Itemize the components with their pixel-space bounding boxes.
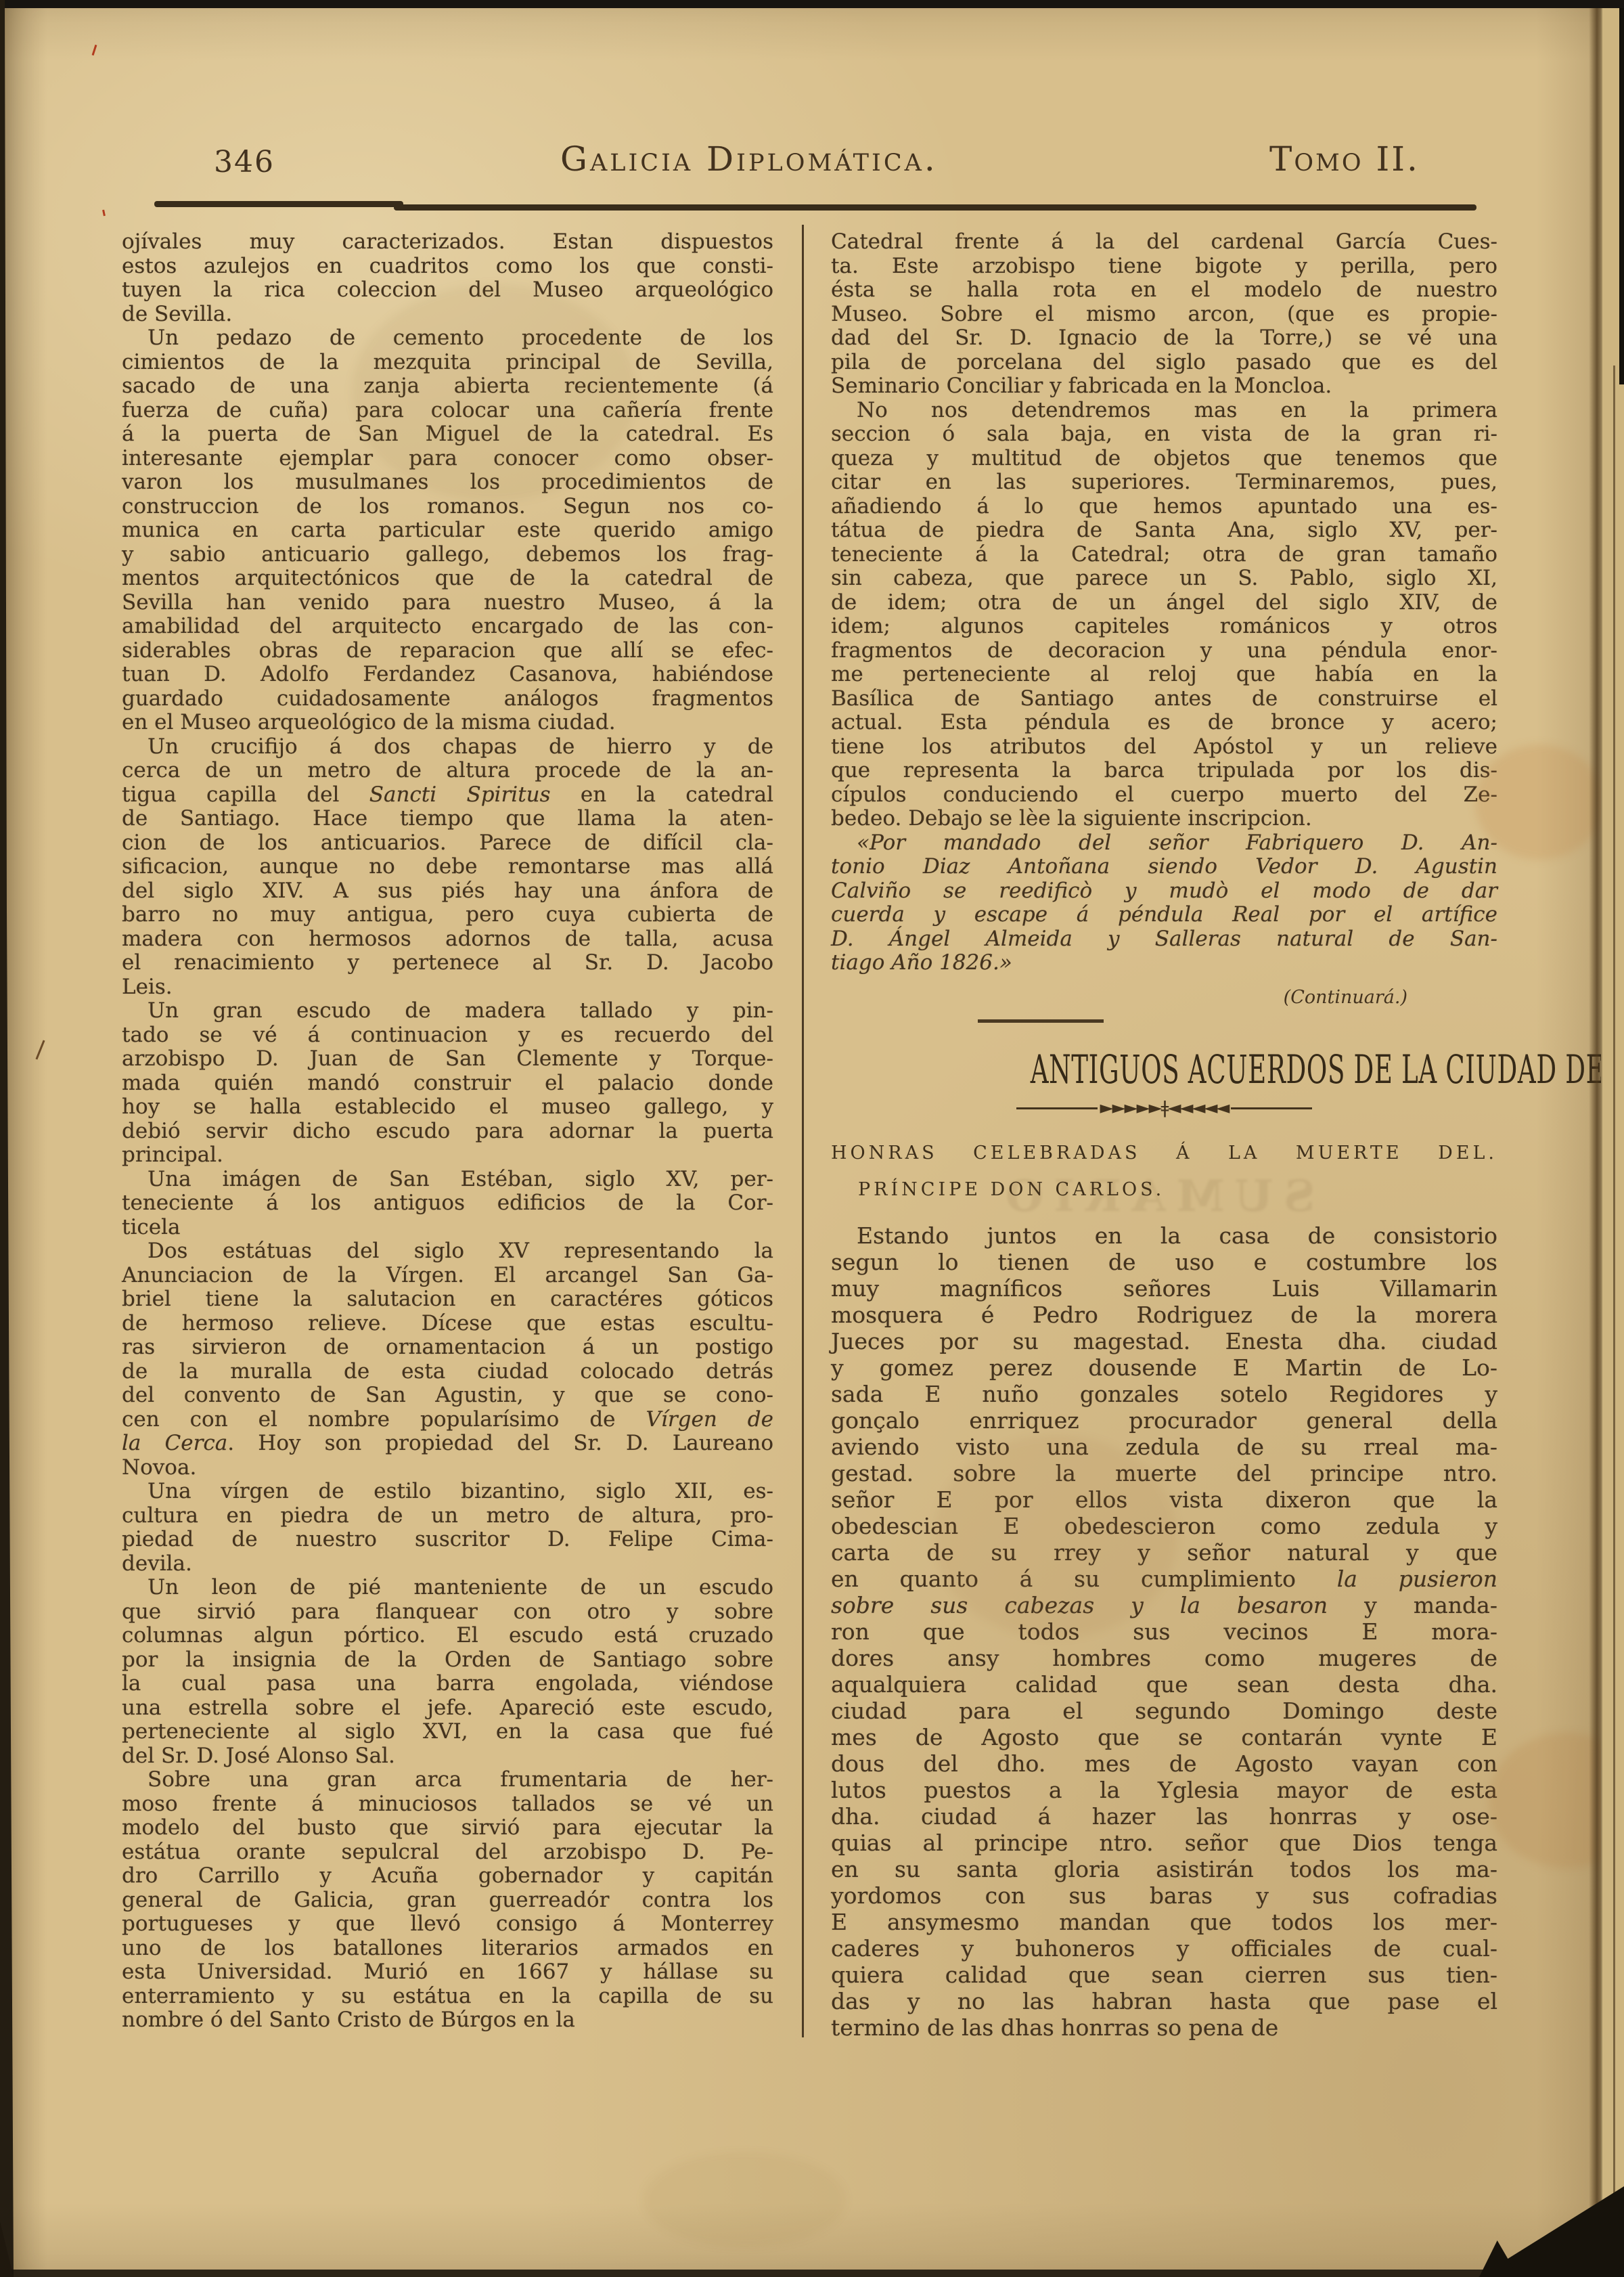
text-line: de la muralla de esta ciudad colocado de…: [122, 1360, 773, 1384]
text-line: aqualquiera calidad que sean desta dha.: [831, 1671, 1497, 1698]
text-line: Estando juntos en la casa de consistorio: [831, 1222, 1497, 1249]
text-line: del Sr. D. José Alonso Sal.: [122, 1744, 773, 1769]
text-line: caderes y buhoneros y officiales de cual…: [831, 1935, 1497, 1962]
text-line: actual. Esta péndula es de bronce y acer…: [831, 711, 1497, 735]
text-line: seccion ó sala baja, en vista de la gran…: [831, 422, 1497, 447]
text-line: lutos puestos a la Yglesia mayor de esta: [831, 1777, 1497, 1803]
text-line: y gomez perez dousende E Martin de Lo-: [831, 1354, 1497, 1381]
text-line: Seminario Conciliar y fabricada en la Mo…: [831, 374, 1497, 399]
text-line: queza y multitud de objetos que tenemos …: [831, 447, 1497, 471]
text-line: la cual pasa una barra engolada, viéndos…: [122, 1672, 773, 1696]
volume-label: Tomo II.: [1269, 139, 1420, 179]
text-line: yordomos con sus baras y sus cofradias: [831, 1882, 1497, 1909]
text-line: en el Museo arqueológico de la misma ciu…: [122, 711, 773, 735]
text-line: ta. Este arzobispo tiene bigote y perill…: [831, 255, 1497, 279]
text-line: dous del dho. mes de Agosto vayan con: [831, 1750, 1497, 1777]
ornament-right-rule: [1231, 1107, 1312, 1109]
text-line: Un gran escudo de madera tallado y pin-: [122, 999, 773, 1023]
text-line: mosquera é Pedro Rodriguez de la morera: [831, 1302, 1497, 1328]
page-number: 346: [214, 145, 275, 179]
text-line: siderables obras de reparacion que allí …: [122, 639, 773, 663]
text-line: Novoa.: [122, 1456, 773, 1480]
column-divider-rule: [802, 225, 804, 2037]
text-line: bedeo. Debajo se lèe la siguiente inscri…: [831, 807, 1497, 831]
text-line: tigua capilla del Sancti Spiritus en la …: [122, 783, 773, 808]
text-line: dro Carrillo y Acuña gobernador y capitá…: [122, 1864, 773, 1888]
text-line: ciudad para el segundo Domingo deste: [831, 1698, 1497, 1724]
section-separator-rule: [978, 1019, 1104, 1023]
page-crease: [1589, 0, 1602, 2277]
right-scan-edge: [1619, 0, 1624, 384]
text-line: gonçalo enrriquez procurador general del…: [831, 1407, 1497, 1434]
text-line: Un leon de pié manteniente de un escudo: [122, 1576, 773, 1600]
text-line: Dos estátuas del siglo XV representando …: [122, 1239, 773, 1264]
ornament-arrows: ►►►►►ǂ◄◄◄◄◄: [1098, 1099, 1232, 1117]
section-heading-text: ANTIGUOS ACUERDOS DE LA CIUDAD DE ORENSE…: [1031, 1046, 1624, 1092]
text-line: briel tiene la salutacion en caractéres …: [122, 1287, 773, 1312]
text-line: ojívales muy caracterizados. Estan dispu…: [122, 230, 773, 255]
text-line: teneciente á la Catedral; otra de gran t…: [831, 543, 1497, 567]
text-line: mada quién mandó construir el palacio do…: [122, 1071, 773, 1096]
text-line: moso frente á minuciosos tallados se vé …: [122, 1792, 773, 1817]
text-line: ras sirvieron de ornamentacion á un post…: [122, 1335, 773, 1360]
text-line: hoy se halla establecido el museo galleg…: [122, 1095, 773, 1120]
text-line: tátua de piedra de Santa Ana, siglo XV, …: [831, 518, 1497, 543]
text-line: Una vírgen de estilo bizantino, siglo XI…: [122, 1480, 773, 1504]
header-rule-right-segment: [394, 204, 1476, 211]
text-line: construccion de los romanos. Segun nos c…: [122, 495, 773, 519]
text-line: de Santiago. Hace tiempo que llama la at…: [122, 807, 773, 831]
text-line: de hermoso relieve. Dícese que estas esc…: [122, 1312, 773, 1336]
text-line: enterramiento y su estátua en la capilla…: [122, 1985, 773, 2009]
text-line: sobre sus cabezas y la besaron y manda-: [831, 1592, 1497, 1618]
text-line: sada E nuño gonzales sotelo Regidores y: [831, 1381, 1497, 1407]
text-line: teneciente á los antiguos edificios de l…: [122, 1191, 773, 1216]
paper-stain: [352, 284, 636, 501]
text-line: piedad de nuestro suscritor D. Felipe Ci…: [122, 1528, 773, 1552]
text-line: quias al principe ntro. señor que Dios t…: [831, 1830, 1497, 1856]
section-heading: ANTIGUOS ACUERDOS DE LA CIUDAD DE ORENSE…: [831, 1046, 1497, 1092]
page-crease-line: [1613, 366, 1615, 2274]
text-line: D. Ángel Almeida y Salleras natural de S…: [831, 927, 1497, 952]
text-line: Leis.: [122, 975, 773, 1000]
text-line: cuerda y escape á péndula Real por el ar…: [831, 903, 1497, 927]
text-line: Una imágen de San Estéban, siglo XV, per…: [122, 1168, 773, 1192]
text-line: que sirvió para flanquear con otro y sob…: [122, 1600, 773, 1624]
text-line: segun lo tienen de uso e costumbre los: [831, 1249, 1497, 1275]
paper-stain: [1475, 745, 1604, 860]
text-line: sificacion, aunque no debe remontarse ma…: [122, 855, 773, 879]
text-line: pila de porcelana del siglo pasado que e…: [831, 351, 1497, 375]
header-rule-left-segment: [154, 201, 403, 207]
text-line: portugueses y que llevó consigo á Monter…: [122, 1912, 773, 1937]
text-line: Jueces por su magestad. Enesta dha. ciud…: [831, 1328, 1497, 1354]
ornament-left-rule: [1016, 1107, 1098, 1109]
text-line: mes de Agosto que se contarán vynte E: [831, 1724, 1497, 1750]
text-line: dad del Sr. D. Ignacio de la Torre,) se …: [831, 326, 1497, 351]
arrow-ornament-icon: ►►►►►ǂ◄◄◄◄◄: [831, 1099, 1497, 1117]
text-line: el renacimiento y pertenece al Sr. D. Ja…: [122, 951, 773, 975]
text-line: estátua orante sepulcral del arzobispo D…: [122, 1840, 773, 1865]
text-line: una estrella sobre el jefe. Apareció est…: [122, 1696, 773, 1721]
text-line: estos azulejos en cuadritos como los que…: [122, 255, 773, 279]
text-line: esta Universidad. Murió en 1667 y hállas…: [122, 1960, 773, 1985]
left-scan-edge: [0, 0, 18, 2277]
right-column-article-continuation: Catedral frente á la del cardenal García…: [831, 230, 1497, 975]
article-subheading-line1: HONRAS CELEBRADAS Á LA MUERTE DEL.: [831, 1143, 1497, 1164]
text-line: amabilidad del arquitecto encargado de l…: [122, 615, 773, 639]
text-line: mentos arquitectónicos que de la catedra…: [122, 567, 773, 591]
text-line: nombre ó del Santo Cristo de Búrgos en l…: [122, 2008, 773, 2033]
text-line: aviendo visto una zedula de su rreal ma-: [831, 1434, 1497, 1460]
text-line: y sabio anticuario gallego, debemos los …: [122, 543, 773, 567]
text-line: debió servir dicho escudo para adornar l…: [122, 1120, 773, 1144]
text-line: ticela: [122, 1216, 773, 1240]
paper-stain: [934, 1435, 1177, 1638]
right-column-article-body: Estando juntos en la casa de consistorio…: [831, 1222, 1497, 2041]
text-line: arzobispo D. Juan de San Clemente y Torq…: [122, 1047, 773, 1071]
text-line: guardado cuidadosamente análogos fragmen…: [122, 687, 773, 711]
text-line: Museo. Sobre el mismo arcon, (que es pro…: [831, 303, 1497, 327]
text-line: quiera calidad que sean cierren sus tien…: [831, 1962, 1497, 1988]
text-line: tiago Año 1826.»: [831, 951, 1497, 975]
text-line: uno de los batallones literarios armados…: [122, 1937, 773, 1961]
text-line: barro no muy antigua, pero cuya cubierta…: [122, 903, 773, 927]
text-line: Sobre una gran arca frumentaria de her-: [122, 1768, 773, 1792]
text-line: en su santa gloria asistirán todos los m…: [831, 1856, 1497, 1882]
text-line: ésta se halla rota en el modelo de nuest…: [831, 278, 1497, 303]
text-line: la Cerca. Hoy son propiedad del Sr. D. L…: [122, 1432, 773, 1456]
top-scan-edge: [0, 0, 1624, 8]
paper-stain: [643, 2152, 846, 2247]
text-line: Catedral frente á la del cardenal García…: [831, 230, 1497, 255]
text-line: gestad. sobre la muerte del principe ntr…: [831, 1460, 1497, 1486]
text-line: termino de las dhas honrras so pena de: [831, 2014, 1497, 2041]
text-line: Calviño se reedificò y mudò el modo de d…: [831, 879, 1497, 904]
text-line: cerca de un metro de altura procede de l…: [122, 759, 773, 783]
text-line: E ansymesmo mandan que todos los mer-: [831, 1909, 1497, 1935]
text-line: muy magníficos señores Luis Villamarin: [831, 1275, 1497, 1302]
margin-pen-mark: [35, 1040, 45, 1060]
text-line: das y no las habran hasta que pase el: [831, 1988, 1497, 2014]
text-line: general de Galicia, gran guerreadór cont…: [122, 1888, 773, 1913]
text-line: modelo del busto que sirvió para ejecuta…: [122, 1816, 773, 1840]
text-line: fragmentos de decoracion y una péndula e…: [831, 639, 1497, 663]
text-line: No nos detendremos mas en la primera: [831, 399, 1497, 423]
showthrough-ghost-text: SUMARIO: [995, 1171, 1315, 1222]
journal-title: Galicia Diplomática.: [560, 139, 938, 179]
text-line: «Por mandado del señor Fabriquero D. An-: [831, 831, 1497, 856]
text-line: me perteneciente al reloj que había en l…: [831, 663, 1497, 687]
text-line: principal.: [122, 1143, 773, 1168]
red-fiber-mark: [92, 45, 97, 56]
text-line: perteneciente al siglo XVI, en la casa q…: [122, 1720, 773, 1744]
text-line: citar en las superiores. Terminaremos, p…: [831, 470, 1497, 495]
text-line: Sevilla han venido para nuestro Museo, á…: [122, 591, 773, 615]
text-line: que representa la barca tripulada por lo…: [831, 759, 1497, 783]
text-line: munica en carta particular este querido …: [122, 518, 773, 543]
text-line: columnas algun pórtico. El escudo está c…: [122, 1624, 773, 1648]
text-line: tonio Diaz Antoñana siendo Vedor D. Agus…: [831, 855, 1497, 879]
text-line: dha. ciudad á hazer las honrras y ose-: [831, 1803, 1497, 1830]
text-line: de idem; otra de un ángel del siglo XIV,…: [831, 591, 1497, 615]
text-line: del convento de San Agustin, y que se co…: [122, 1384, 773, 1408]
text-line: tuan D. Adolfo Ferdandez Casanova, habié…: [122, 663, 773, 687]
text-line: cípulos conduciendo el cuerpo muerto del…: [831, 783, 1497, 808]
text-line: ron que todos sus vecinos E mora-: [831, 1618, 1497, 1645]
text-line: del siglo XIV. A sus piés hay una ánfora…: [122, 879, 773, 904]
text-line: añadiendo á lo que hemos apuntado una es…: [831, 495, 1497, 519]
text-line: madera con hermosos adornos de talla, ac…: [122, 927, 773, 952]
text-line: por la insignia de la Orden de Santiago …: [122, 1648, 773, 1673]
text-line: Un crucifijo á dos chapas de hierro y de: [122, 735, 773, 759]
text-line: idem; algunos capiteles románicos y otro…: [831, 615, 1497, 639]
text-line: tiene los atributos del Apóstol y un rel…: [831, 735, 1497, 759]
text-line: dores ansy hombres como mugeres de: [831, 1645, 1497, 1671]
red-fiber-mark: [102, 210, 106, 216]
text-line: tado se vé á continuacion y es recuerdo …: [122, 1023, 773, 1048]
text-line: Anunciacion de la Vírgen. El arcangel Sa…: [122, 1264, 773, 1288]
text-line: sin cabeza, que parece un S. Pablo, sigl…: [831, 567, 1497, 591]
text-line: Basílica de Santiago antes de construirs…: [831, 687, 1497, 711]
bottom-scan-edge: [0, 2270, 1624, 2277]
scanned-journal-page: 346 Galicia Diplomática. Tomo II. ojíval…: [0, 0, 1624, 2277]
text-line: devila.: [122, 1552, 773, 1576]
text-line: cion de los anticuarios. Parece de difíc…: [122, 831, 773, 856]
text-line: cen con el nombre popularísimo de Vírgen…: [122, 1408, 773, 1432]
left-column-text: ojívales muy caracterizados. Estan dispu…: [122, 230, 773, 2033]
continuation-note: (Continuará.): [831, 987, 1407, 1008]
text-line: cultura en piedra de un metro de altura,…: [122, 1504, 773, 1528]
